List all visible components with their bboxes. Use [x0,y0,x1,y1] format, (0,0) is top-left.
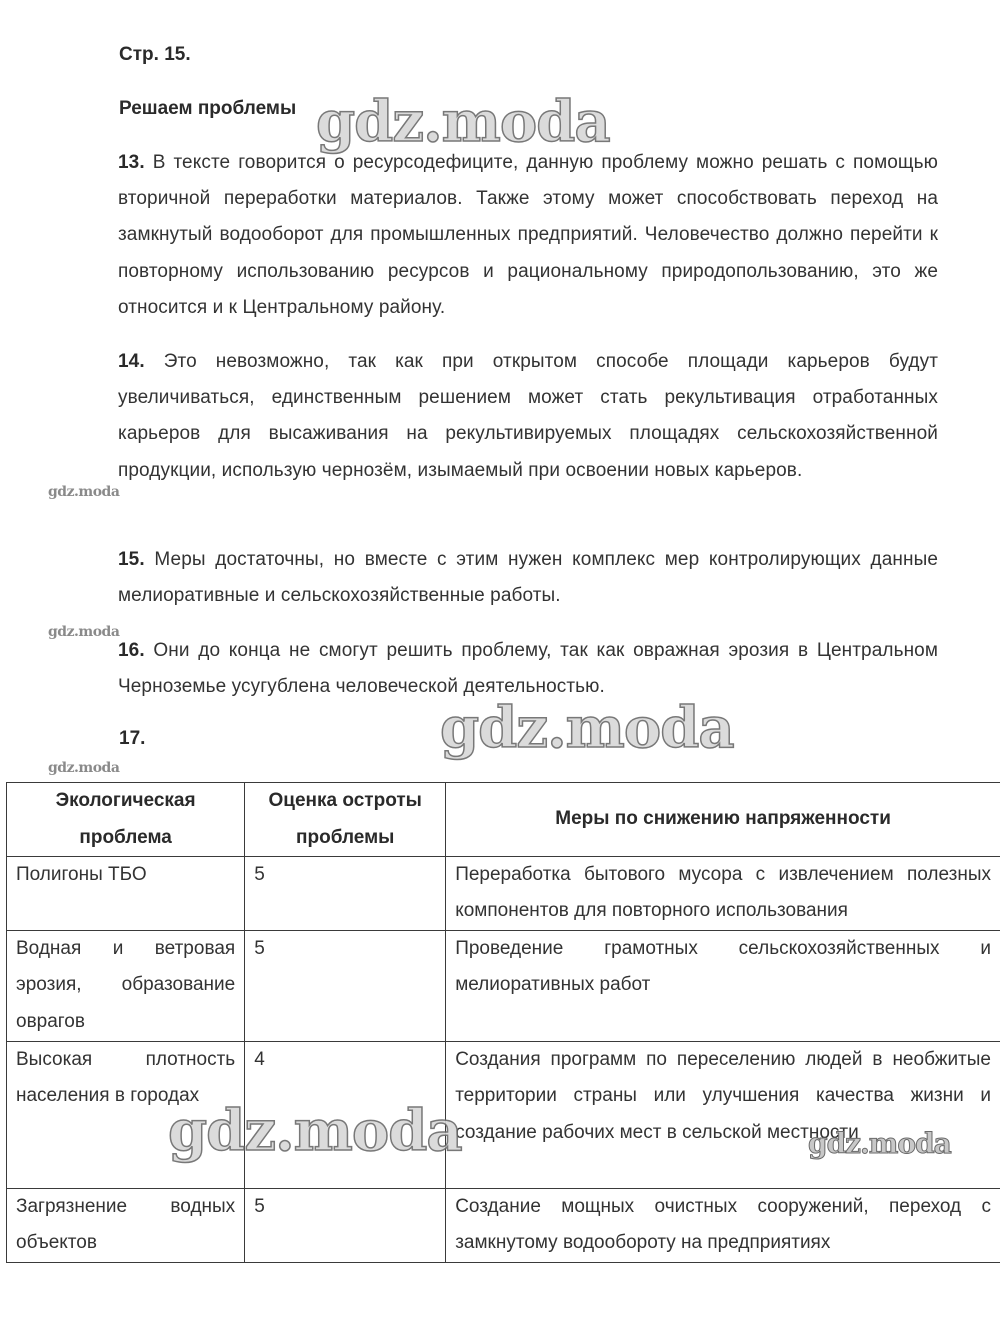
answer-15: 15. Меры достаточны, но вместе с этим ну… [118,542,938,614]
cell-problem: Высокая плотность населения в городах [7,1042,245,1189]
answer-number: 15. [118,549,145,570]
task-17-number: 17. [119,728,145,750]
cell-score: 4 [245,1042,446,1189]
answer-number: 16. [118,640,145,661]
answer-number: 13. [118,152,145,173]
watermark-logo: gdz.moda [48,485,119,499]
header-problem: Экологическая проблема [7,783,245,857]
cell-problem: Полигоны ТБО [7,857,245,931]
ecological-problems-table: Экологическая проблема Оценка остроты пр… [6,782,1000,1263]
cell-measures: Переработка бытового мусора с извлечение… [446,857,1000,931]
answer-text: В тексте говорится о ресурсодефиците, да… [118,152,938,318]
answer-text: Это невозможно, так как при открытом спо… [118,351,938,481]
answer-number: 14. [118,351,145,372]
watermark-logo: gdz.moda [440,700,734,756]
cell-score: 5 [245,1189,446,1263]
answer-16: 16. Они до конца не смогут решить пробле… [118,633,938,705]
answer-13: 13. В тексте говорится о ресурсодефиците… [118,145,938,326]
answer-text: Они до конца не смогут решить проблему, … [118,640,938,697]
cell-measures: Проведение грамотных сельскохозяйственны… [446,931,1000,1042]
cell-score: 5 [245,857,446,931]
answer-text: Меры достаточны, но вместе с этим нужен … [118,549,938,606]
table-row: Высокая плотность населения в городах 4 … [7,1042,1000,1189]
table-header-row: Экологическая проблема Оценка остроты пр… [7,783,1000,857]
section-title: Решаем проблемы [119,98,296,120]
header-measures: Меры по снижению напряженности [446,783,1000,857]
watermark-logo: gdz.moda [48,761,119,775]
cell-measures: Создания программ по переселению людей в… [446,1042,1000,1189]
table-row: Водная и ветровая эрозия, образование ов… [7,931,1000,1042]
cell-problem: Загрязнение водных объектов [7,1189,245,1263]
cell-problem: Водная и ветровая эрозия, образование ов… [7,931,245,1042]
header-score: Оценка остроты проблемы [245,783,446,857]
table-row: Загрязнение водных объектов 5 Создание м… [7,1189,1000,1263]
table-row: Полигоны ТБО 5 Переработка бытового мусо… [7,857,1000,931]
cell-measures: Создание мощных очистных сооружений, пер… [446,1189,1000,1263]
answer-14: 14. Это невозможно, так как при открытом… [118,344,938,489]
cell-score: 5 [245,931,446,1042]
page-heading: Стр. 15. [119,44,191,66]
watermark-logo: gdz.moda [48,625,119,639]
watermark-logo: gdz.moda [316,94,610,150]
